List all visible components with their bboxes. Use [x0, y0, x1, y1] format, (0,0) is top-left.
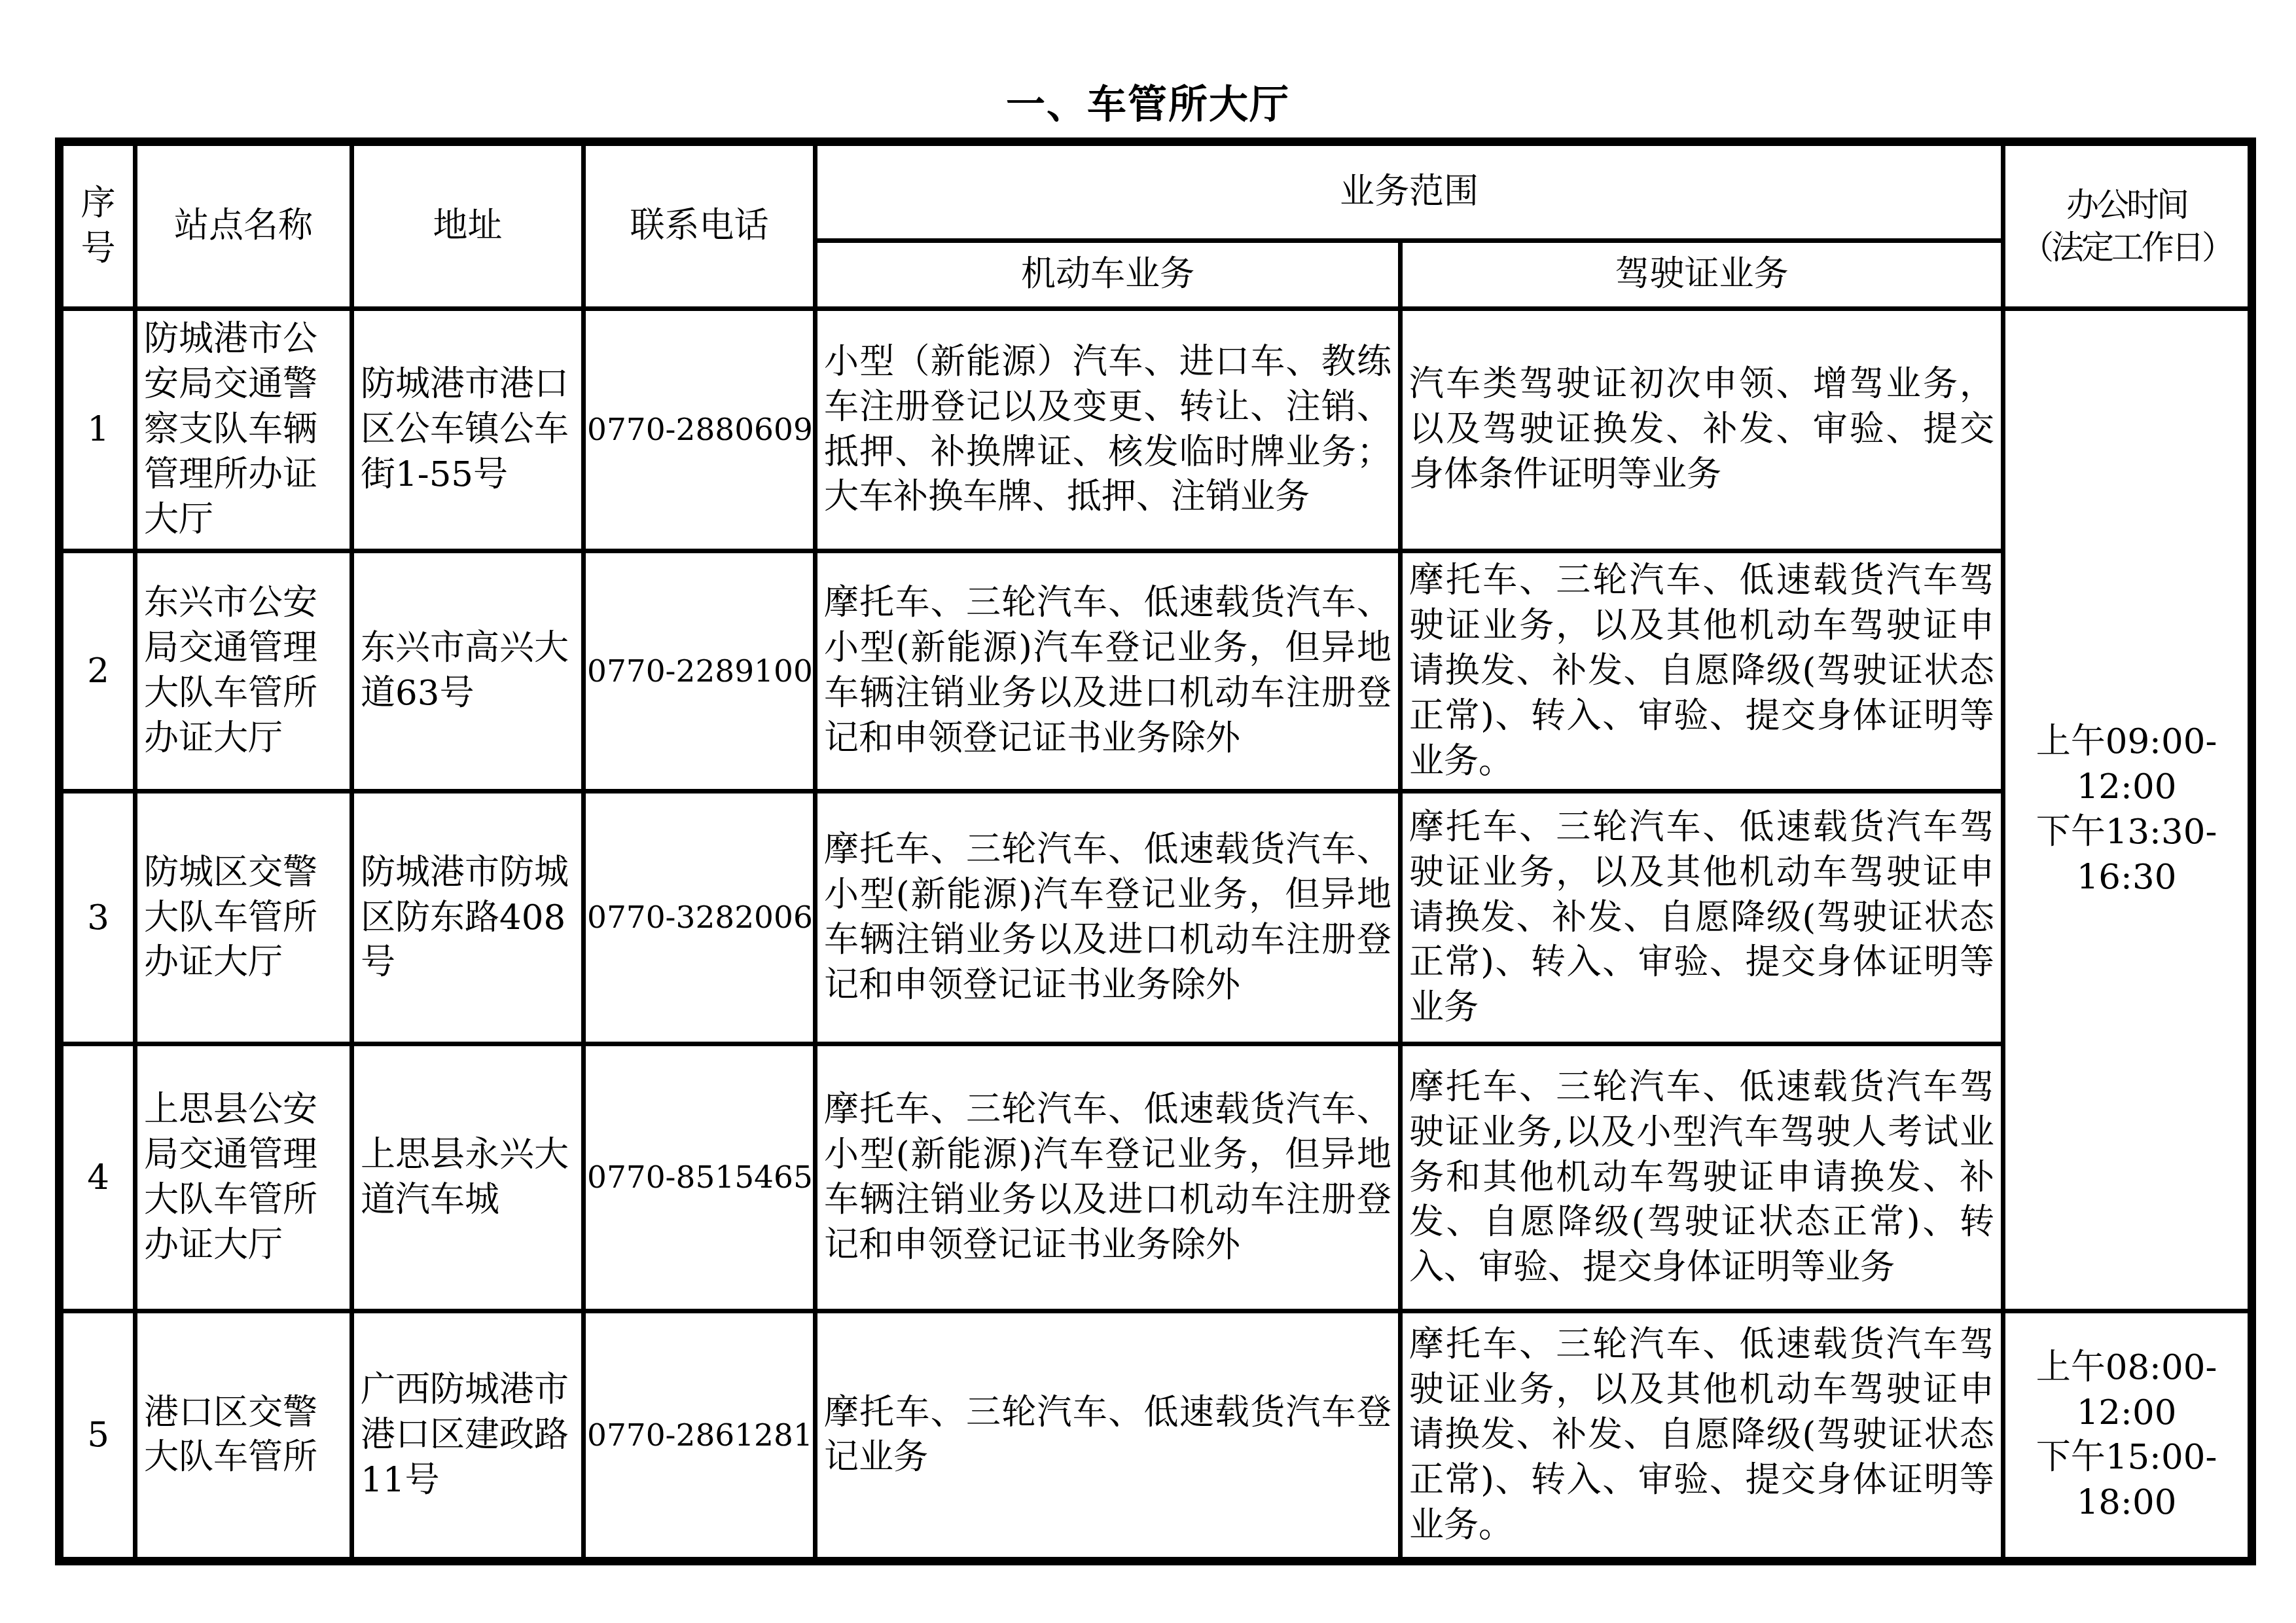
site-cell: 防城区交警大队车管所办证大厅 — [135, 792, 352, 1044]
license-business-cell: 摩托车、三轮汽车、低速载货汽车驾驶证业务，以及其他机动车驾驶证申请换发、补发、自… — [1401, 551, 2003, 792]
site-cell: 防城港市公安局交通警察支队车辆管理所办证大厅 — [135, 309, 352, 551]
page-title: 一、车管所大厅 — [0, 73, 2296, 130]
seq-header: 序号 — [60, 142, 135, 309]
table-row: 4 上思县公安局交通管理大队车管所办证大厅 上思县永兴大道汽车城 0770-85… — [60, 1044, 2252, 1311]
phone-cell: 0770-8515465 — [584, 1044, 816, 1311]
phone-cell: 0770-2861281 — [584, 1311, 816, 1561]
address-cell: 防城港市港口区公车镇公车街1-55号 — [352, 309, 584, 551]
site-cell: 港口区交警大队车管所 — [135, 1311, 352, 1561]
license-business-cell: 摩托车、三轮汽车、低速载货汽车驾驶证业务,以及小型汽车驾驶人考试业务和其他机动车… — [1401, 1044, 2003, 1311]
vehicle-business-cell: 小型（新能源）汽车、进口车、教练车注册登记以及变更、转让、注销、抵押、补换牌证、… — [816, 309, 1401, 551]
seq-cell: 4 — [60, 1044, 135, 1311]
seq-cell: 2 — [60, 551, 135, 792]
document-page: 一、车管所大厅 序号 站点名称 地址 联系电话 业务范围 办公时间 （法定工作日… — [0, 0, 2296, 1623]
office-hours-cell: 上午09:00- 12:00 下午13:30- 16:30 — [2003, 309, 2252, 1311]
address-cell: 东兴市高兴大道63号 — [352, 551, 584, 792]
address-cell: 上思县永兴大道汽车城 — [352, 1044, 584, 1311]
office-hours-cell: 上午08:00- 12:00 下午15:00- 18:00 — [2003, 1311, 2252, 1561]
scope-header: 业务范围 — [816, 142, 2003, 241]
address-cell: 广西防城港市港口区建政路11号 — [352, 1311, 584, 1561]
office-hours-header: 办公时间 （法定工作日） — [2003, 142, 2252, 309]
site-cell: 上思县公安局交通管理大队车管所办证大厅 — [135, 1044, 352, 1311]
seq-cell: 5 — [60, 1311, 135, 1561]
site-header: 站点名称 — [135, 142, 352, 309]
table-row: 1 防城港市公安局交通警察支队车辆管理所办证大厅 防城港市港口区公车镇公车街1-… — [60, 309, 2252, 551]
license-business-cell: 汽车类驾驶证初次申领、增驾业务，以及驾驶证换发、补发、审验、提交身体条件证明等业… — [1401, 309, 2003, 551]
license-business-cell: 摩托车、三轮汽车、低速载货汽车驾驶证业务，以及其他机动车驾驶证申请换发、补发、自… — [1401, 1311, 2003, 1561]
vehicle-business-cell: 摩托车、三轮汽车、低速载货汽车、小型(新能源)汽车登记业务，但异地车辆注销业务以… — [816, 1044, 1401, 1311]
vehicle-business-cell: 摩托车、三轮汽车、低速载货汽车登记业务 — [816, 1311, 1401, 1561]
vehicle-business-cell: 摩托车、三轮汽车、低速载货汽车、小型(新能源)汽车登记业务，但异地车辆注销业务以… — [816, 551, 1401, 792]
seq-cell: 3 — [60, 792, 135, 1044]
site-cell: 东兴市公安局交通管理大队车管所办证大厅 — [135, 551, 352, 792]
phone-cell: 0770-2289100 — [584, 551, 816, 792]
table-row: 2 东兴市公安局交通管理大队车管所办证大厅 东兴市高兴大道63号 0770-22… — [60, 551, 2252, 792]
vehicle-business-cell: 摩托车、三轮汽车、低速载货汽车、小型(新能源)汽车登记业务，但异地车辆注销业务以… — [816, 792, 1401, 1044]
header-row-1: 序号 站点名称 地址 联系电话 业务范围 办公时间 （法定工作日） — [60, 142, 2252, 241]
phone-cell: 0770-3282006 — [584, 792, 816, 1044]
vehicle-offices-table: 序号 站点名称 地址 联系电话 业务范围 办公时间 （法定工作日） 机动车业务 … — [55, 137, 2256, 1565]
address-cell: 防城港市防城区防东路408号 — [352, 792, 584, 1044]
address-header: 地址 — [352, 142, 584, 309]
phone-cell: 0770-2880609 — [584, 309, 816, 551]
license-business-header: 驾驶证业务 — [1401, 241, 2003, 309]
table-row: 5 港口区交警大队车管所 广西防城港市港口区建政路11号 0770-286128… — [60, 1311, 2252, 1561]
license-business-cell: 摩托车、三轮汽车、低速载货汽车驾驶证业务，以及其他机动车驾驶证申请换发、补发、自… — [1401, 792, 2003, 1044]
seq-cell: 1 — [60, 309, 135, 551]
phone-header: 联系电话 — [584, 142, 816, 309]
vehicle-business-header: 机动车业务 — [816, 241, 1401, 309]
table-row: 3 防城区交警大队车管所办证大厅 防城港市防城区防东路408号 0770-328… — [60, 792, 2252, 1044]
